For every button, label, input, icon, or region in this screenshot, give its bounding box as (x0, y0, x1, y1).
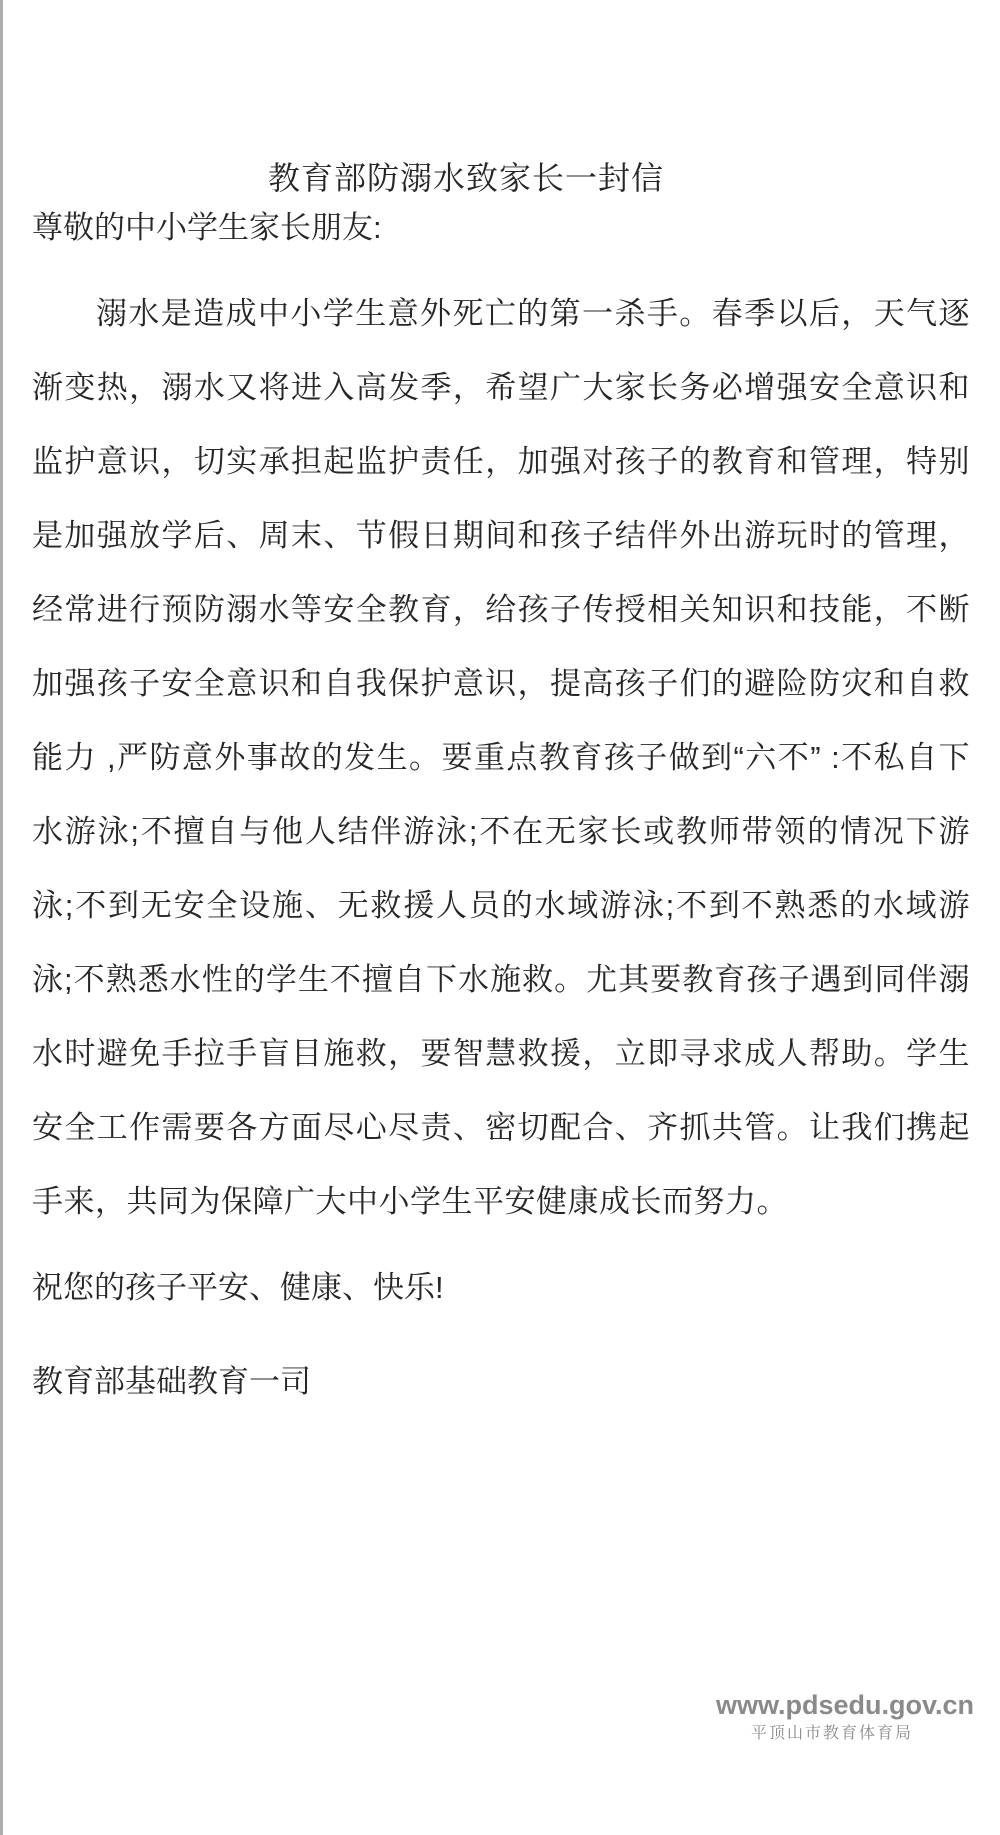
letter-document: 教育部防溺水致家长一封信 尊敬的中小学生家长朋友: 溺水是造成中小学生意外死亡的… (32, 0, 970, 1431)
letter-salutation: 尊敬的中小学生家长朋友: (32, 210, 970, 246)
letter-body-paragraph: 溺水是造成中小学生意外死亡的第一杀手。春季以后，天气逐渐变热，溺水又将进入高发季… (32, 277, 970, 1239)
site-watermark: www.pdsedu.gov.cn 平顶山市教育体育局 (716, 1692, 948, 1743)
watermark-url-text: www.pdsedu.gov.cn (716, 1692, 948, 1719)
letter-wish-line: 祝您的孩子平安、健康、快乐! (32, 1270, 970, 1306)
page-left-edge-line (0, 0, 3, 1835)
letter-signature: 教育部基础教育一司 (32, 1364, 970, 1400)
letter-title: 教育部防溺水致家长一封信 (32, 160, 970, 196)
watermark-org-name: 平顶山市教育体育局 (716, 1725, 948, 1743)
